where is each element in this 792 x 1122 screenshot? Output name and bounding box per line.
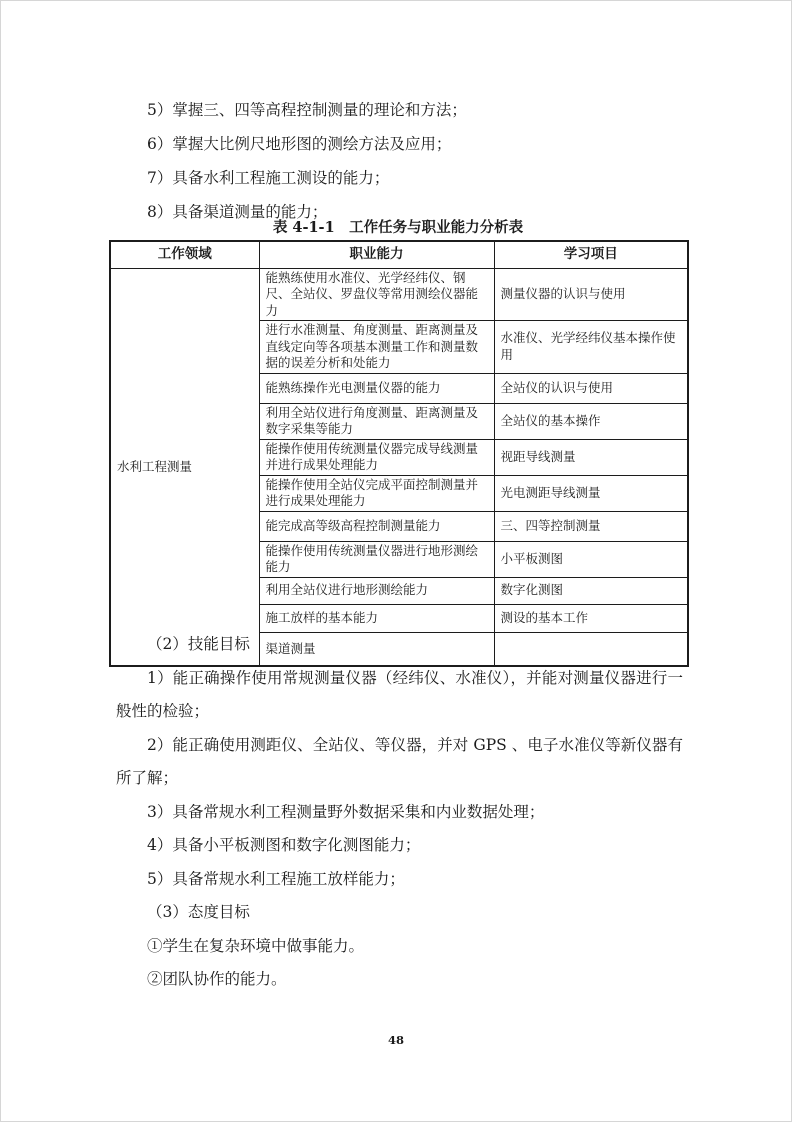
page-number: 48 bbox=[1, 1033, 791, 1047]
section-heading-skill-goals: （2）技能目标 bbox=[116, 628, 683, 662]
intro-list: 5）掌握三、四等高程控制测量的理论和方法； 6）掌握大比例尺地形图的测绘方法及应… bbox=[116, 93, 683, 229]
paragraph: 5）具备常规水利工程施工放样能力； bbox=[116, 863, 683, 897]
ability-cell: 能熟练操作光电测量仪器的能力 bbox=[259, 373, 494, 403]
project-cell: 测量仪器的认识与使用 bbox=[494, 268, 688, 321]
ability-cell: 能熟练使用水准仪、光学经纬仪、钢尺、全站仪、罗盘仪等常用测绘仪器能力 bbox=[259, 268, 494, 321]
table-title: 表 4-1-1 工作任务与职业能力分析表 bbox=[109, 218, 687, 238]
ability-cell: 能完成高等级高程控制测量能力 bbox=[259, 511, 494, 541]
list-item: 5）掌握三、四等高程控制测量的理论和方法； bbox=[116, 93, 683, 127]
project-cell: 光电测距导线测量 bbox=[494, 475, 688, 511]
paragraph: 2）能正确使用测距仪、全站仪、等仪器，并对 GPS 、电子水准仪等新仪器有所了解… bbox=[116, 729, 683, 796]
paragraph: 4）具备小平板测图和数字化测图能力； bbox=[116, 829, 683, 863]
document-page: 5）掌握三、四等高程控制测量的理论和方法； 6）掌握大比例尺地形图的测绘方法及应… bbox=[0, 0, 792, 1122]
list-item: 6）掌握大比例尺地形图的测绘方法及应用； bbox=[116, 127, 683, 161]
ability-cell: 能操作使用传统测量仪器完成导线测量并进行成果处理能力 bbox=[259, 439, 494, 475]
analysis-table: 工作领域 职业能力 学习项目 水利工程测量 能熟练使用水准仪、光学经纬仪、钢尺、… bbox=[109, 240, 689, 667]
ability-cell: 能操作使用传统测量仪器进行地形测绘能力 bbox=[259, 541, 494, 577]
ability-cell: 进行水准测量、角度测量、距离测量及直线定向等各项基本测量工作和测量数据的误差分析… bbox=[259, 321, 494, 374]
paragraph: ①学生在复杂环境中做事能力。 bbox=[116, 930, 683, 964]
header-row: 工作领域 职业能力 学习项目 bbox=[110, 241, 688, 268]
project-cell: 全站仪的认识与使用 bbox=[494, 373, 688, 403]
ability-cell: 能操作使用全站仪完成平面控制测量并进行成果处理能力 bbox=[259, 475, 494, 511]
project-cell: 三、四等控制测量 bbox=[494, 511, 688, 541]
ability-cell: 利用全站仪进行地形测绘能力 bbox=[259, 577, 494, 604]
project-cell: 水准仪、光学经纬仪基本操作使用 bbox=[494, 321, 688, 374]
project-cell: 小平板测图 bbox=[494, 541, 688, 577]
project-cell: 数字化测图 bbox=[494, 577, 688, 604]
section-heading-attitude-goals: （3）态度目标 bbox=[116, 896, 683, 930]
column-header-project: 学习项目 bbox=[494, 241, 688, 268]
paragraph: 1）能正确操作使用常规测量仪器（经纬仪、水准仪），并能对测量仪器进行一般性的检验… bbox=[116, 662, 683, 729]
column-header-ability: 职业能力 bbox=[259, 241, 494, 268]
work-area-cell: 水利工程测量 bbox=[110, 268, 259, 666]
column-header-work-area: 工作领域 bbox=[110, 241, 259, 268]
body-paragraphs: （2）技能目标 1）能正确操作使用常规测量仪器（经纬仪、水准仪），并能对测量仪器… bbox=[116, 628, 683, 997]
project-cell: 全站仪的基本操作 bbox=[494, 403, 688, 439]
list-item: 7）具备水利工程施工测设的能力； bbox=[116, 161, 683, 195]
table-row: 水利工程测量 能熟练使用水准仪、光学经纬仪、钢尺、全站仪、罗盘仪等常用测绘仪器能… bbox=[110, 268, 688, 321]
project-cell: 视距导线测量 bbox=[494, 439, 688, 475]
ability-cell: 利用全站仪进行角度测量、距离测量及数字采集等能力 bbox=[259, 403, 494, 439]
paragraph: 3）具备常规水利工程测量野外数据采集和内业数据处理； bbox=[116, 796, 683, 830]
paragraph: ②团队协作的能力。 bbox=[116, 963, 683, 997]
